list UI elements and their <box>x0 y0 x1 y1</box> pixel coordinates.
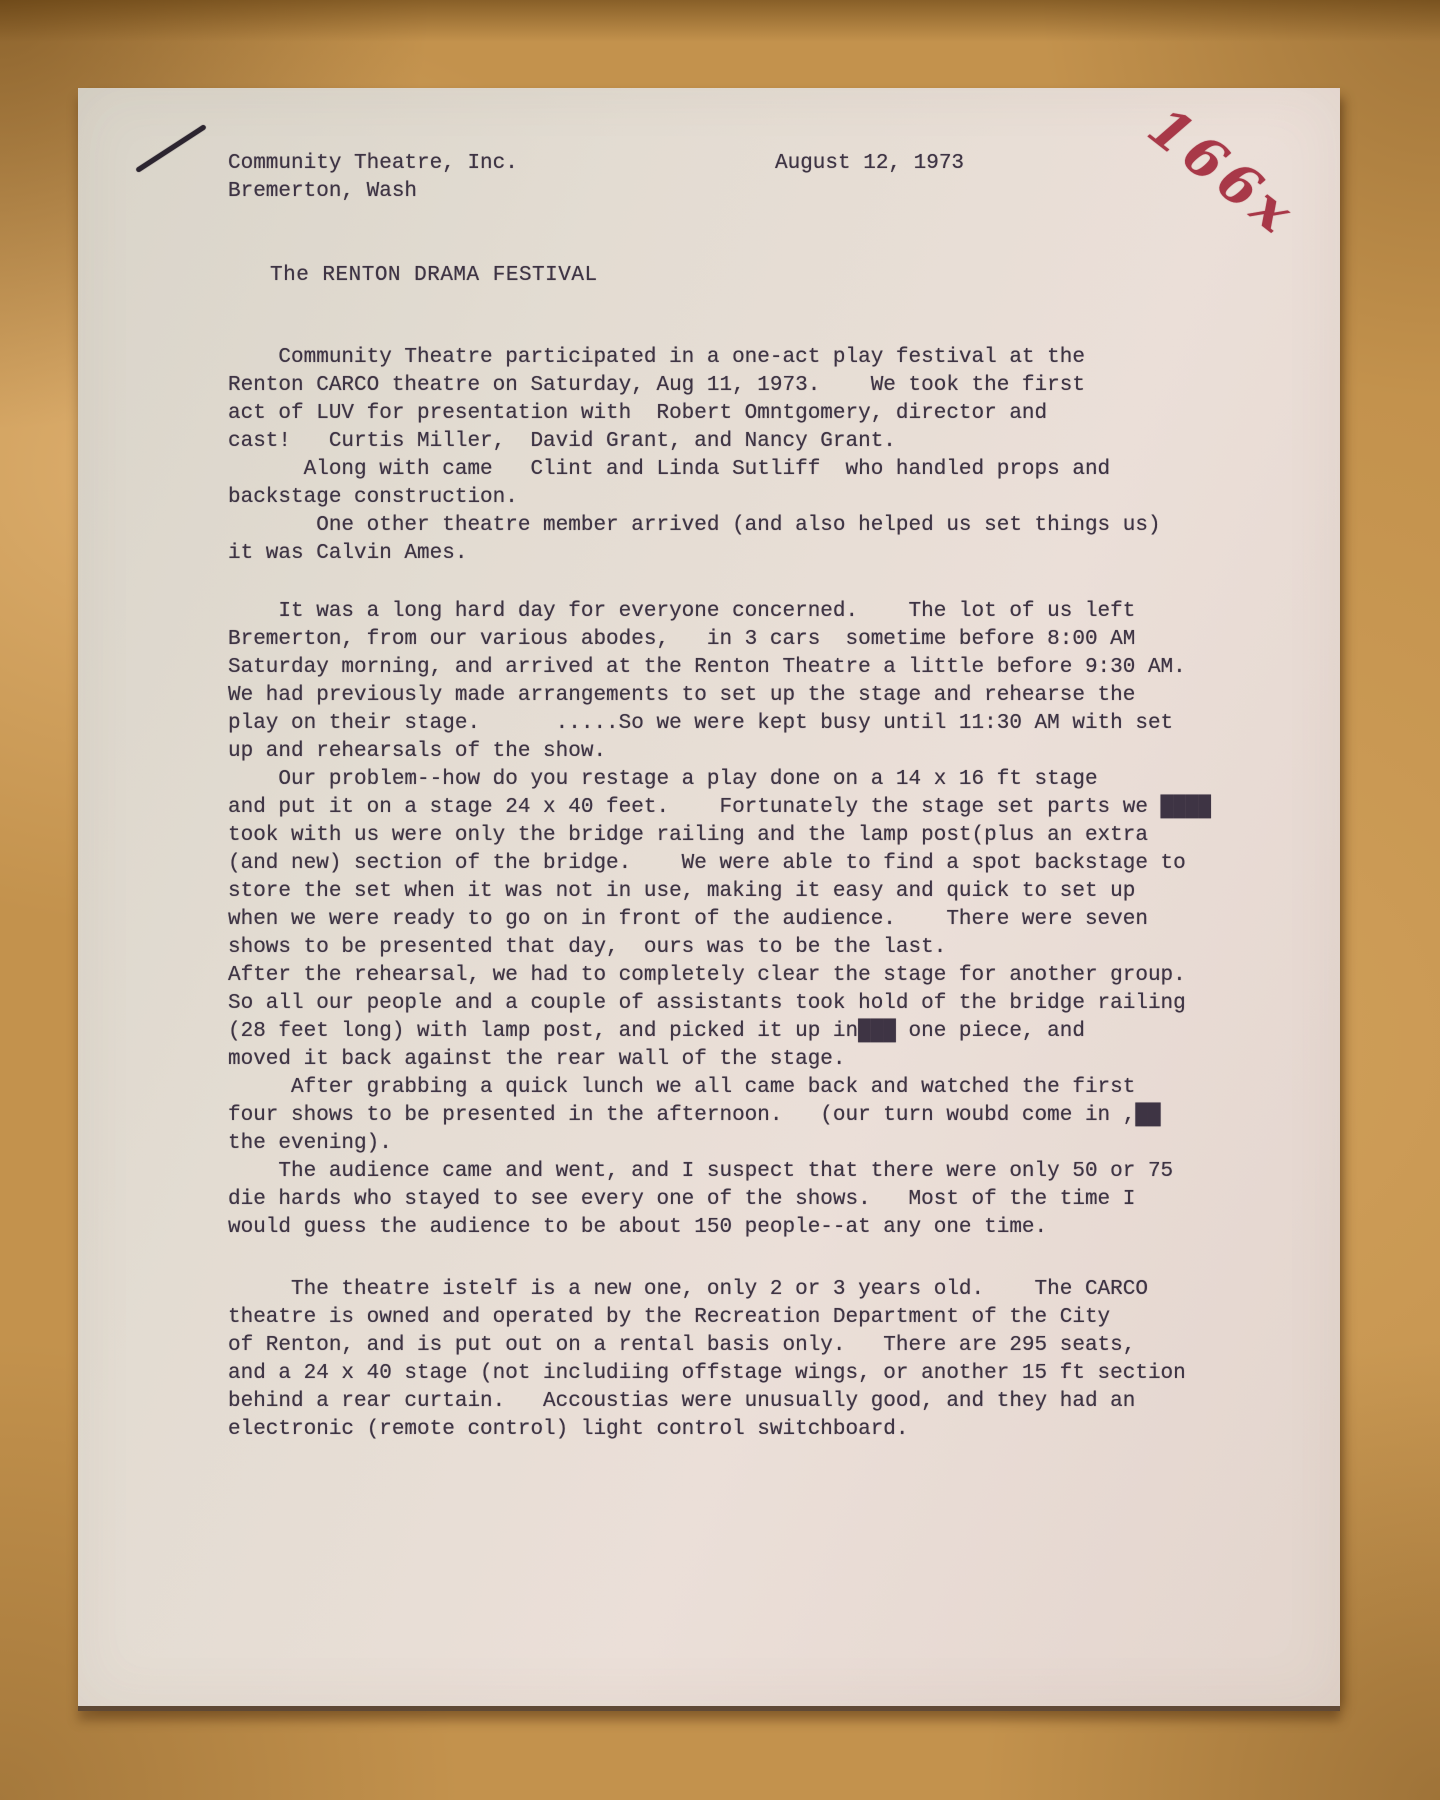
photographed-document-scene: { "colors": { "background_tan": "#c3924d… <box>0 0 1440 1800</box>
body-paragraph-1: Community Theatre participated in a one-… <box>228 344 1161 568</box>
handwritten-page-number: 166x <box>1137 94 1302 243</box>
document-title: The RENTON DRAMA FESTIVAL <box>270 262 598 290</box>
pen-slash-mark <box>135 124 206 173</box>
organization-name: Community Theatre, Inc. <box>228 152 518 175</box>
body-paragraph-3: The theatre istelf is a new one, only 2 … <box>228 1276 1186 1444</box>
typewritten-letter-page: 166x Community Theatre, Inc. Bremerton, … <box>78 88 1340 1711</box>
organization-location: Bremerton, Wash <box>228 180 417 203</box>
body-paragraph-2: It was a long hard day for everyone conc… <box>228 598 1211 1242</box>
document-date: August 12, 1973 <box>775 150 964 178</box>
sender-address: Community Theatre, Inc. Bremerton, Wash <box>228 150 518 206</box>
